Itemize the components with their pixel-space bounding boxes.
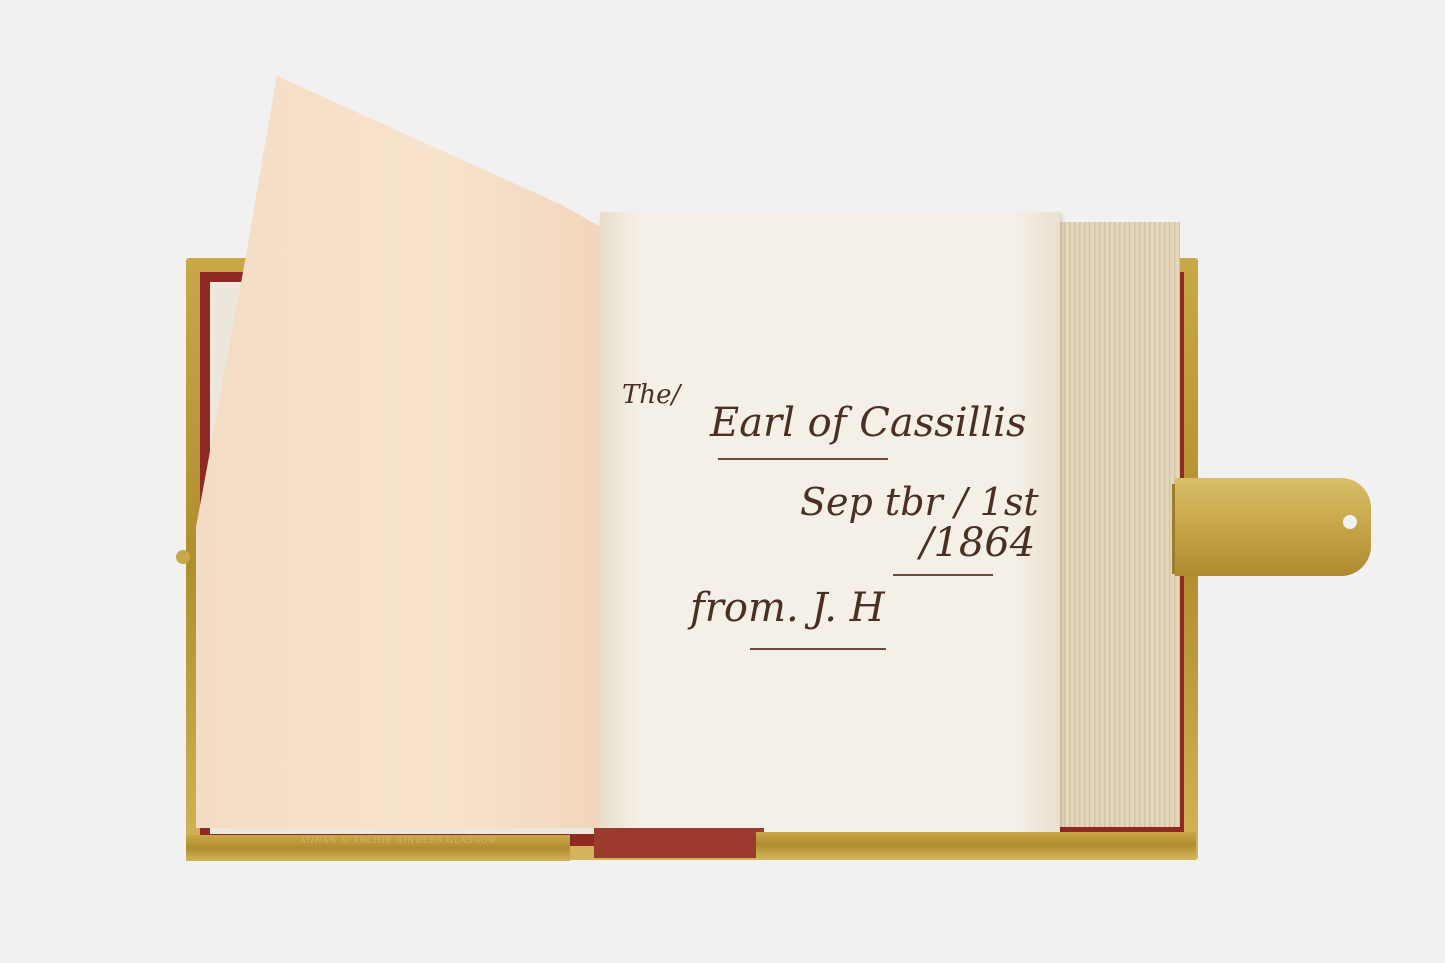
brass-pin xyxy=(176,550,190,564)
spine-leather xyxy=(594,828,764,858)
clasp-hole xyxy=(1343,515,1357,529)
inscription-line-5: from. J. H xyxy=(690,585,885,631)
inscription-line-2: Earl of Cassillis xyxy=(710,400,1026,446)
underline-1 xyxy=(718,458,888,460)
inscription-line-4: /1864 xyxy=(920,520,1035,566)
maker-stamp: ANNAN & ARCHIE BINDERS GLASGOW xyxy=(300,836,498,845)
folded-flyleaf xyxy=(196,76,600,828)
inscription-line-1: The/ xyxy=(622,380,680,410)
underline-3 xyxy=(750,648,886,650)
brass-edge-right xyxy=(756,832,1196,858)
underline-2 xyxy=(893,574,993,576)
inscription-line-3: Sep tbr / 1st xyxy=(800,480,1039,524)
brass-clasp xyxy=(1175,478,1371,576)
